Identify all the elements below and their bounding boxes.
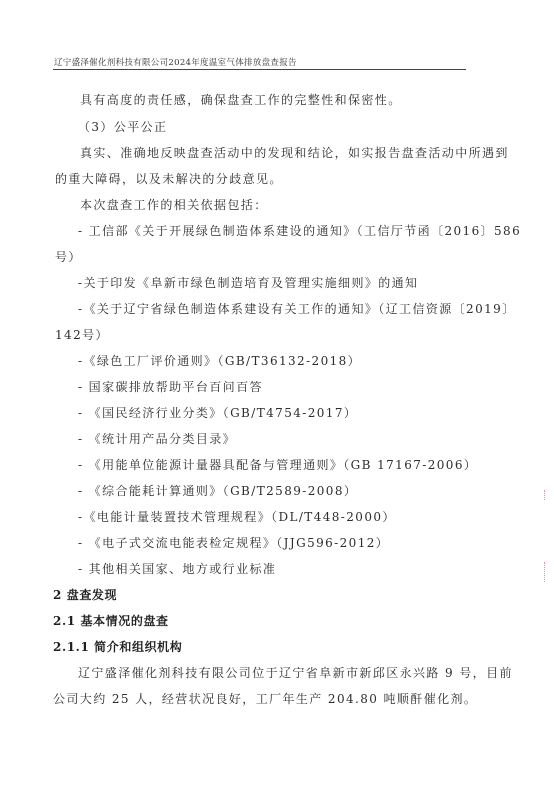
text-line: 真实、准确地反映盘查活动中的发现和结论，如实报告盘查活动中所遇到 xyxy=(80,144,509,161)
list-item: -《电能计量装置技术管理规程》（DL/T448-2000） xyxy=(78,508,396,525)
subsection-heading: 2.1 基本情况的盘查 xyxy=(53,612,169,629)
list-item: -关于印发《阜新市绿色制造培育及管理实施细则》的通知 xyxy=(78,274,418,291)
list-item: - 《用能单位能源计量器具配备与管理通则》（GB 17167-2006） xyxy=(78,456,477,473)
seal-mark xyxy=(544,562,551,582)
header-title: 辽宁盛泽催化剂科技有限公司2024年度温室气体排放盘查报告 xyxy=(54,56,466,68)
text-line: 本次盘查工作的相关依据包括： xyxy=(80,196,268,213)
list-item: - 工信部《关于开展绿色制造体系建设的通知》（工信厅节函〔2016〕586 xyxy=(78,222,521,239)
text-line: 号） xyxy=(55,248,82,265)
list-item: - 《国民经济行业分类》（GB/T4754-2017） xyxy=(78,404,357,421)
subsubsection-heading: 2.1.1 简介和组织机构 xyxy=(53,638,182,655)
list-item: -《关于辽宁省绿色制造体系建设有关工作的通知》（辽工信资源〔2019〕 xyxy=(78,300,516,317)
seal-mark xyxy=(544,490,551,500)
paragraph-line: 辽宁盛泽催化剂科技有限公司位于辽宁省阜新市新邱区永兴路 9 号，目前 xyxy=(78,664,513,681)
text-line: 的重大障碍，以及未解决的分歧意见。 xyxy=(55,170,283,187)
list-item: - 国家碳排放帮助平台百问百答 xyxy=(78,378,263,395)
header-divider xyxy=(53,69,466,70)
list-item: - 《统计用产品分类目录》 xyxy=(78,430,236,447)
list-item: - 其他相关国家、地方或行业标准 xyxy=(78,560,276,577)
list-item: - 《综合能耗计算通则》（GB/T2589-2008） xyxy=(78,482,357,499)
text-line: 142号） xyxy=(55,326,109,343)
paragraph-line: 公司大约 25 人，经营状况良好，工厂年生产 204.80 吨顺酐催化剂。 xyxy=(53,690,477,707)
list-item: -《绿色工厂评价通则》（GB/T36132-2018） xyxy=(78,352,361,369)
section-heading: 2 盘查发现 xyxy=(53,586,117,603)
text-line: （3）公平公正 xyxy=(78,118,167,135)
list-item: - 《电子式交流电能表检定规程》（JJG596-2012） xyxy=(78,534,389,551)
text-line: 具有高度的责任感，确保盘查工作的完整性和保密性。 xyxy=(80,91,402,108)
